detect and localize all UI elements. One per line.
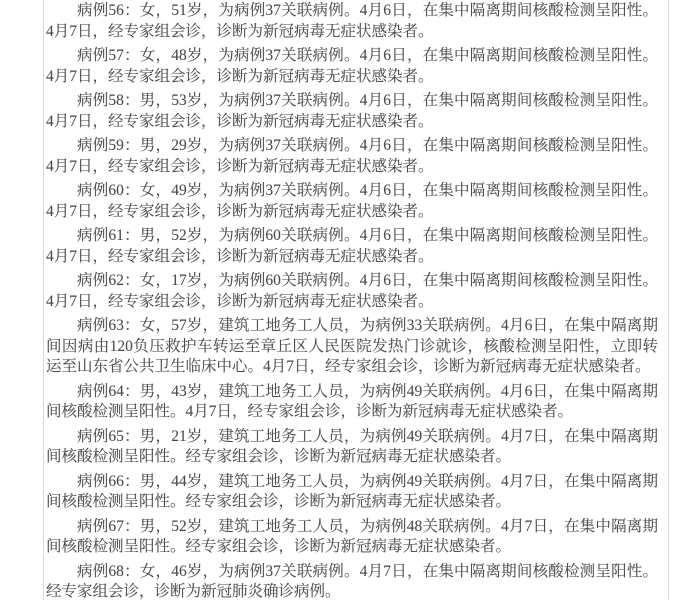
case-paragraph: 病例62：女，17岁，为病例60关联病例。4月6日，在集中隔离期间核酸检测呈阳性… [46,271,658,312]
case-paragraph: 病例59：男，29岁，为病例37关联病例。4月6日，在集中隔离期间核酸检测呈阳性… [46,136,658,177]
case-paragraph: 病例68：女，46岁，为病例37关联病例。4月7日，在集中隔离期间核酸检测呈阳性… [46,562,658,600]
case-paragraph: 病例65：男，21岁，建筑工地务工人员，为病例49关联病例。4月7日，在集中隔离… [46,427,658,468]
case-paragraph: 病例64：男，43岁，建筑工地务工人员，为病例49关联病例。4月6日，在集中隔离… [46,382,658,423]
case-list: 病例56：女，51岁，为病例37关联病例。4月6日，在集中隔离期间核酸检测呈阳性… [46,1,658,600]
document-page: 病例56：女，51岁，为病例37关联病例。4月6日，在集中隔离期间核酸检测呈阳性… [0,0,700,600]
case-paragraph: 病例61：男，52岁，为病例60关联病例。4月6日，在集中隔离期间核酸检测呈阳性… [46,226,658,267]
case-paragraph: 病例67：男，52岁，建筑工地务工人员，为病例48关联病例。4月7日，在集中隔离… [46,517,658,558]
case-paragraph: 病例58：男，53岁，为病例37关联病例。4月6日，在集中隔离期间核酸检测呈阳性… [46,91,658,132]
case-paragraph: 病例60：女，49岁，为病例37关联病例。4月6日，在集中隔离期间核酸检测呈阳性… [46,181,658,222]
case-paragraph: 病例57：女，48岁，为病例37关联病例。4月6日，在集中隔离期间核酸检测呈阳性… [46,46,658,87]
page-border-left [43,0,44,600]
page-border-right [668,0,669,600]
case-paragraph: 病例56：女，51岁，为病例37关联病例。4月6日，在集中隔离期间核酸检测呈阳性… [46,1,658,42]
case-paragraph: 病例66：男，44岁，建筑工地务工人员，为病例49关联病例。4月7日，在集中隔离… [46,472,658,513]
case-paragraph: 病例63：女，57岁，建筑工地务工人员，为病例33关联病例。4月6日，在集中隔离… [46,316,658,378]
